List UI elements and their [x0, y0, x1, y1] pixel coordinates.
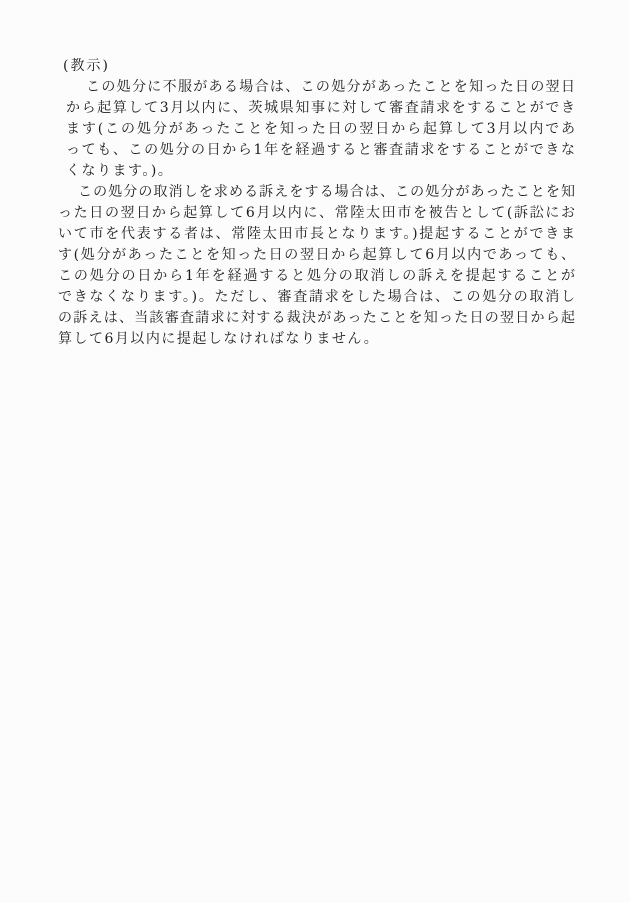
text-line: す(処分があったことを知った日の翌日から起算して6月以内であっても、: [58, 245, 575, 266]
text-line: この処分に不服がある場合は、この処分があったことを知った日の翌日: [66, 77, 575, 98]
shinsa-seikyu-paragraph: この処分に不服がある場合は、この処分があったことを知った日の翌日から起算して3月…: [66, 77, 575, 182]
text-line: この処分の取消しを求める訴えをする場合は、この処分があったことを知: [58, 182, 575, 203]
text-line: くなります。)。: [66, 161, 575, 182]
text-line: から起算して3月以内に、茨城県知事に対して審査請求をすることができ: [66, 98, 575, 119]
text-line: 算して6月以内に提起しなければなりません。: [58, 329, 575, 350]
document-page: { "colors": { "background": "#fcfcfc", "…: [0, 0, 630, 903]
text-line: できなくなります。)。ただし、審査請求をした場合は、この処分の取消し: [58, 287, 575, 308]
text-line: った日の翌日から起算して6月以内に、常陸太田市を被告として(訴訟にお: [58, 203, 575, 224]
text-line: この処分の日から1年を経過すると処分の取消しの訴えを提起することが: [58, 266, 575, 287]
text-line: っても、この処分の日から1年を経過すると審査請求をすることができな: [66, 140, 575, 161]
text-line: の訴えは、当該審査請求に対する裁決があったことを知った日の翌日から起: [58, 308, 575, 329]
torikeshi-sosho-paragraph: この処分の取消しを求める訴えをする場合は、この処分があったことを知った日の翌日か…: [58, 182, 575, 350]
text-line: ます(この処分があったことを知った日の翌日から起算して3月以内であ: [66, 119, 575, 140]
text-line: いて市を代表する者は、常陸太田市長となります。)提起することができま: [58, 224, 575, 245]
notice-text-block: (教示) この処分に不服がある場合は、この処分があったことを知った日の翌日から起…: [58, 56, 575, 350]
kyoji-heading: (教示): [63, 56, 575, 77]
